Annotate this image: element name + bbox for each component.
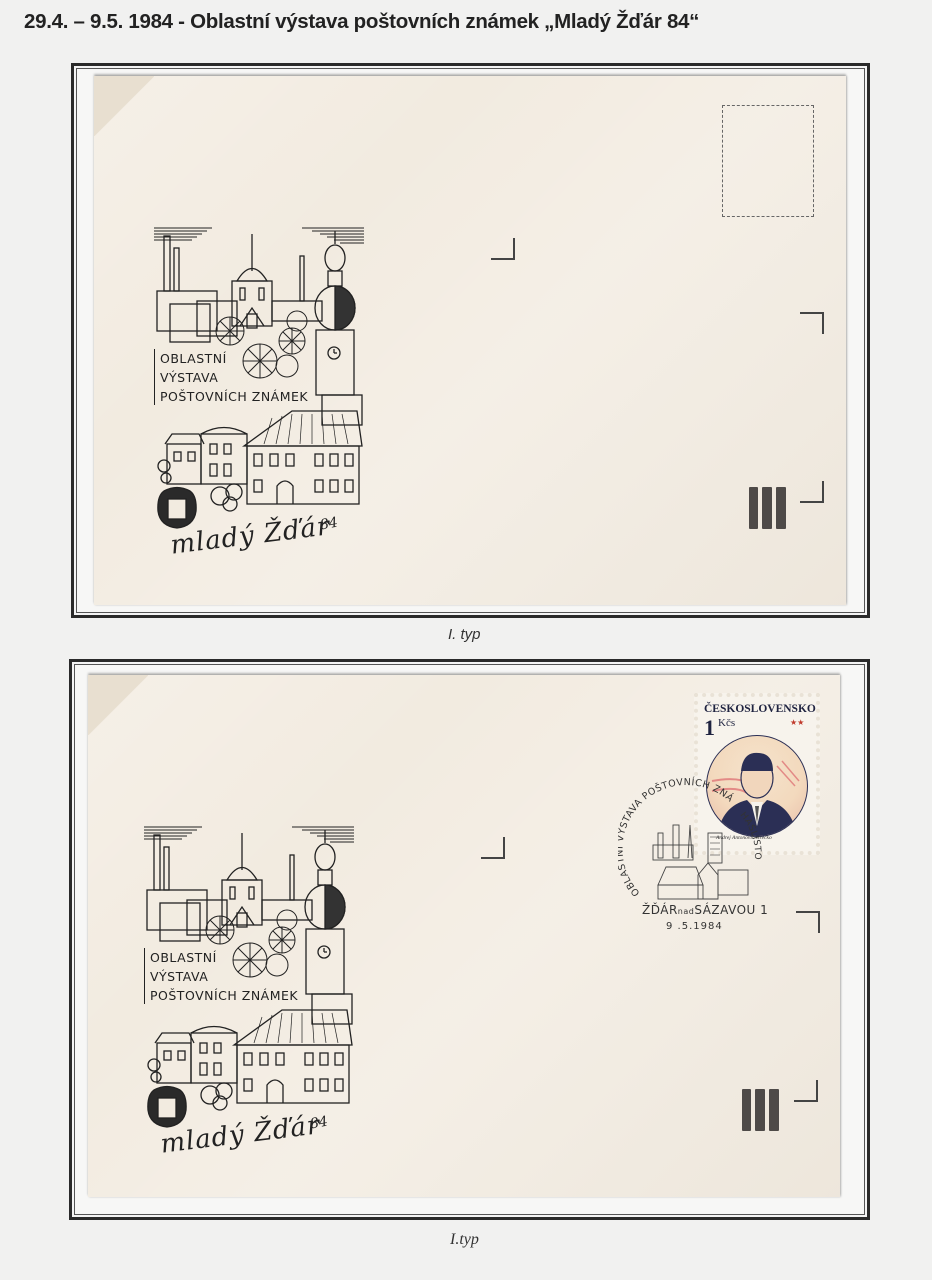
address-corner-mark-top-left xyxy=(491,238,515,260)
address-corner-mark-bottom-right xyxy=(794,1080,818,1102)
cachet-line-2: VÝSTAVA xyxy=(160,368,308,387)
cachet-illustration: OBLASTNÍ VÝSTAVA POŠTOVNÍCH ZNÁMEK mladý… xyxy=(142,825,357,1160)
envelope-2: ČESKOSLOVENSKO 1 Kčs ★★ Andrej Antonovič… xyxy=(88,675,840,1197)
postmark-city-name: ŽĎÁR xyxy=(642,903,678,917)
cachet-line-3: POŠTOVNÍCH ZNÁMEK xyxy=(150,986,298,1005)
postmark-arc-text-right: HASLISTO xyxy=(738,811,762,861)
stamp-medals-icon: ★★ xyxy=(790,718,804,727)
commemorative-postmark: OBLASTNÍ VÝSTAVA POŠTOVNÍCH ZNÁMEK HASLI… xyxy=(618,775,768,925)
svg-text:HASLISTO: HASLISTO xyxy=(738,811,762,861)
stamp-value: 1 xyxy=(704,715,715,741)
cover-caption-1: I. typ xyxy=(448,626,481,643)
address-corner-mark-top-right xyxy=(800,312,824,334)
album-frame-1: OBLASTNÍ VÝSTAVA POŠTOVNÍCH ZNÁMEK mladý… xyxy=(71,63,870,618)
address-corner-mark-bottom-right xyxy=(800,481,824,503)
cachet-text: OBLASTNÍ VÝSTAVA POŠTOVNÍCH ZNÁMEK xyxy=(150,948,298,1005)
address-corner-mark-top-left xyxy=(481,837,505,859)
cachet-year: 84 xyxy=(309,1114,329,1133)
cachet-line-1: OBLASTNÍ xyxy=(160,349,308,368)
cachet-illustration: OBLASTNÍ VÝSTAVA POŠTOVNÍCH ZNÁMEK mladý… xyxy=(152,226,367,561)
envelope-flap-corner xyxy=(88,675,148,735)
cachet-line-3: POŠTOVNÍCH ZNÁMEK xyxy=(160,387,308,406)
postmark-city: ŽĎÁRnadSÁZAVOU 1 xyxy=(642,903,768,917)
routing-bars-icon xyxy=(742,1089,779,1131)
postmark-city-rest: SÁZAVOU 1 xyxy=(694,903,768,917)
postmark-city-nad: nad xyxy=(678,907,695,916)
stamp-country: ČESKOSLOVENSKO xyxy=(704,703,816,715)
envelope-flap-corner xyxy=(94,76,154,136)
page-title: 29.4. – 9.5. 1984 - Oblastní výstava poš… xyxy=(24,10,924,34)
cachet-text: OBLASTNÍ VÝSTAVA POŠTOVNÍCH ZNÁMEK xyxy=(160,349,308,406)
cachet-line-2: VÝSTAVA xyxy=(150,967,298,986)
stamp-currency: Kčs xyxy=(718,717,735,729)
album-frame-2: ČESKOSLOVENSKO 1 Kčs ★★ Andrej Antonovič… xyxy=(69,659,870,1220)
envelope-1: OBLASTNÍ VÝSTAVA POŠTOVNÍCH ZNÁMEK mladý… xyxy=(94,76,846,605)
address-corner-mark-top-right xyxy=(796,911,820,933)
postmark-date: 9 .5.1984 xyxy=(666,921,723,932)
cover-caption-2: I.typ xyxy=(450,1231,479,1249)
stamp-placeholder-box xyxy=(722,105,814,217)
cachet-year: 84 xyxy=(319,515,339,534)
cachet-line-1: OBLASTNÍ xyxy=(150,948,298,967)
routing-bars-icon xyxy=(749,487,786,529)
